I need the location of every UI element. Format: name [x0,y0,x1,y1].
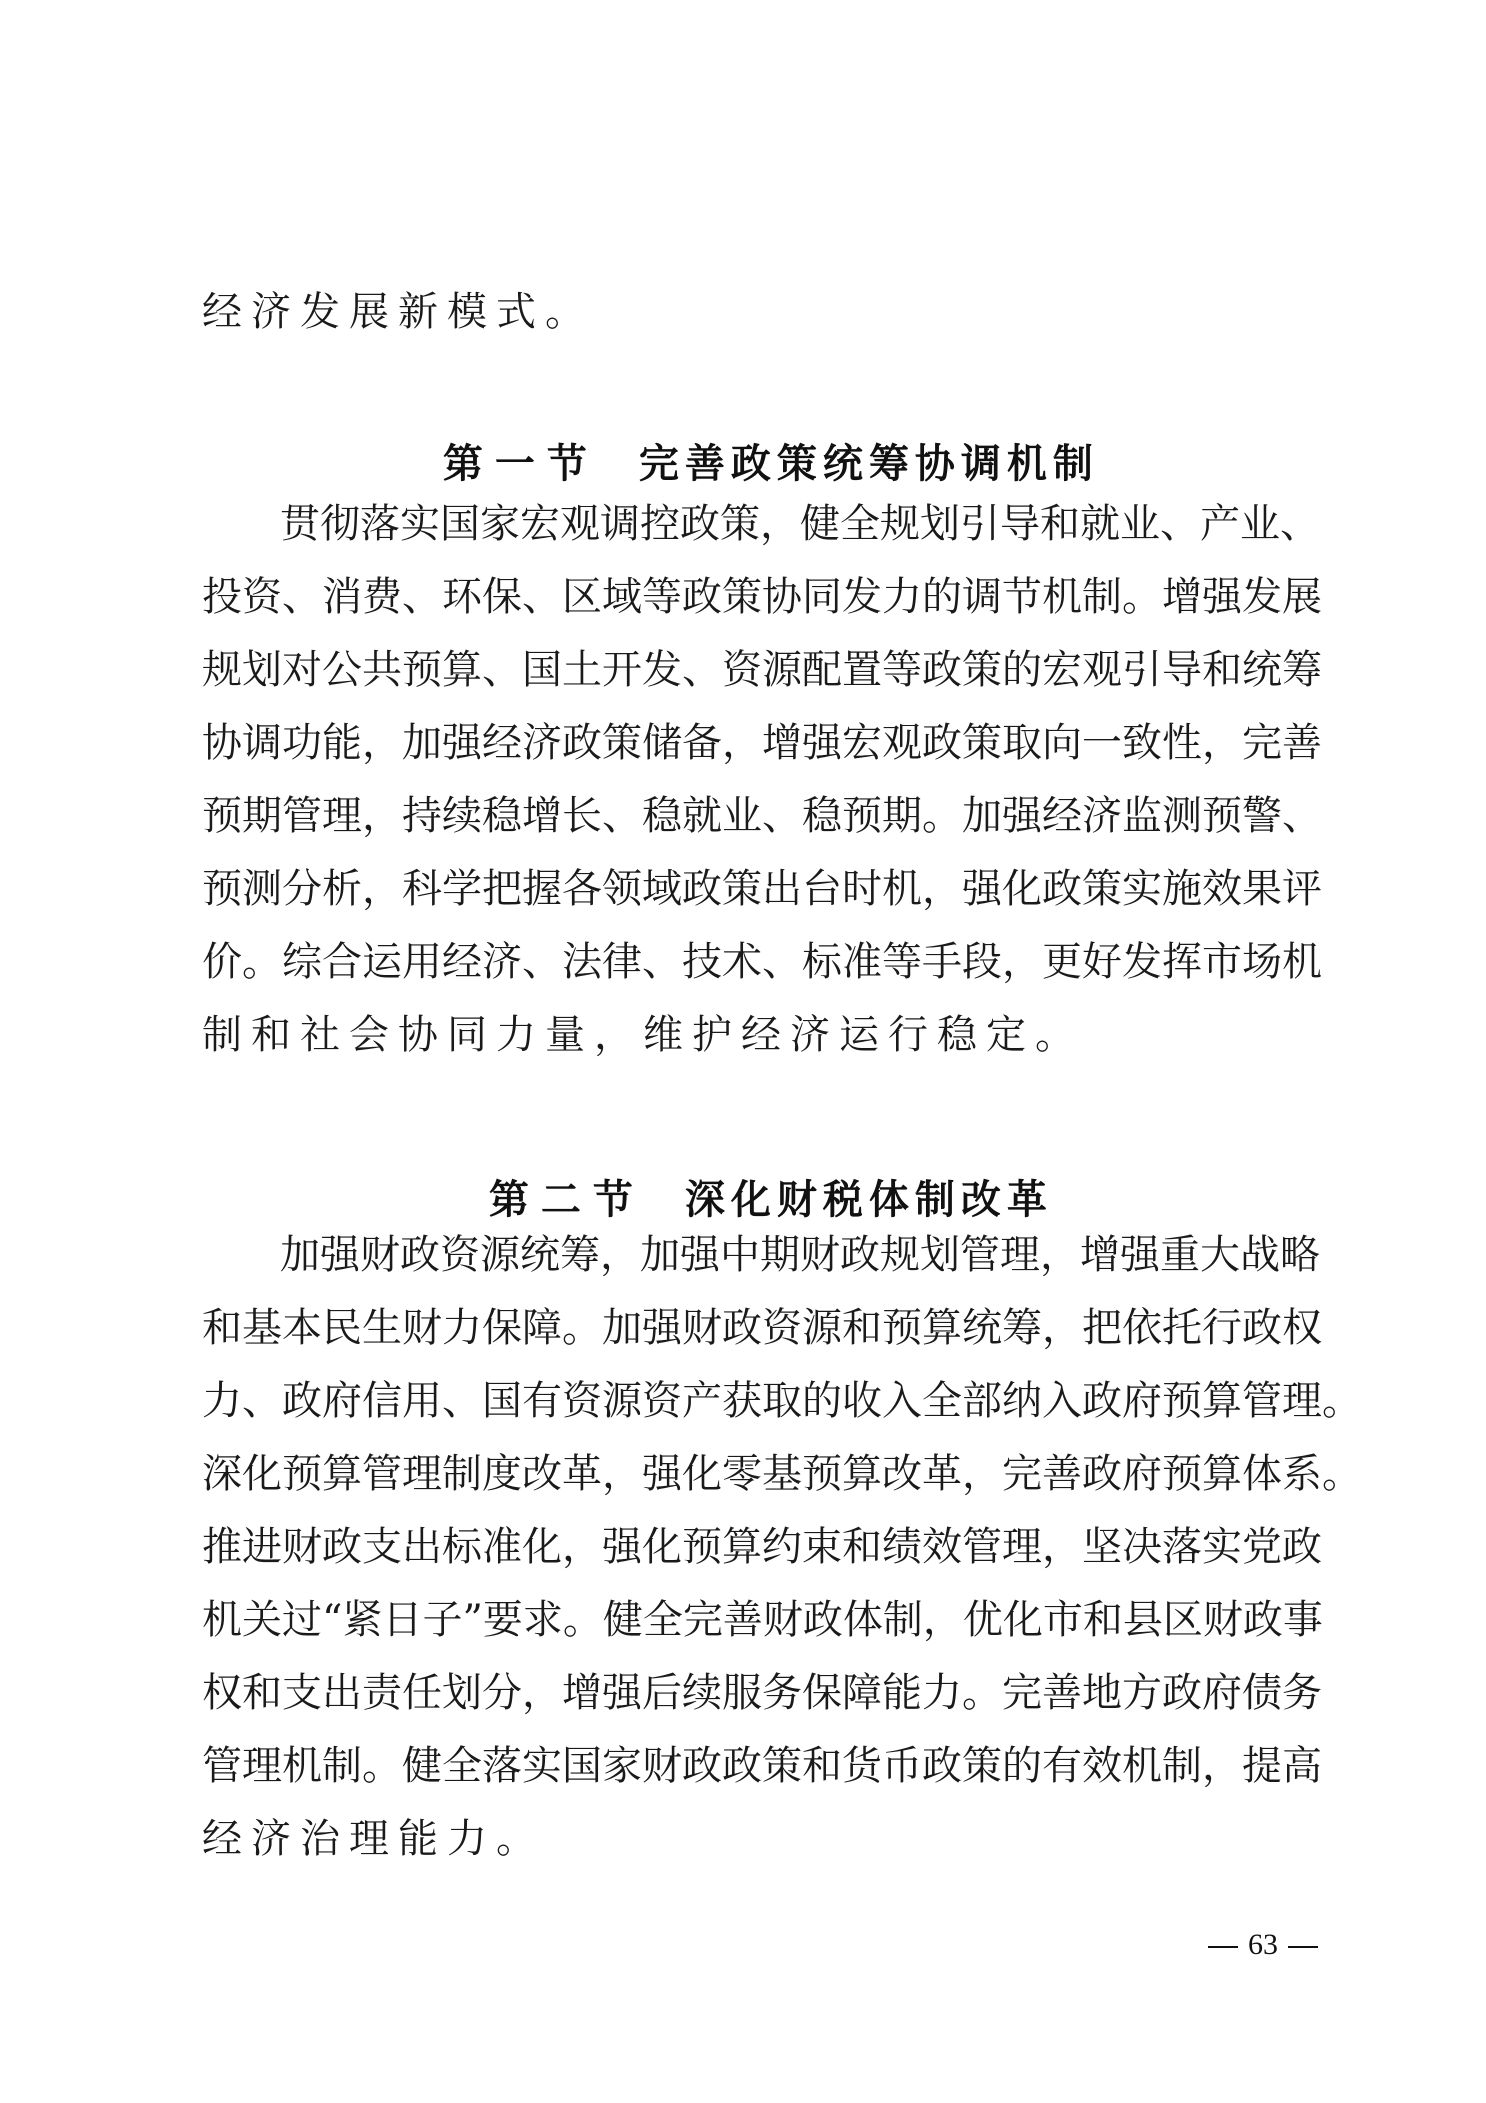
paragraph-line: 规划对公共预算、国土开发、资源配置等政策的宏观引导和统筹 [202,645,1306,695]
paragraph-line: 机关过“紧日子”要求。健全完善财政体制，优化市和县区财政事 [202,1595,1306,1645]
paragraph-line: 管理机制。健全落实国家财政政策和货币政策的有效机制，提高 [202,1741,1306,1791]
paragraph-line: 预期管理，持续稳增长、稳就业、稳预期。加强经济监测预警、 [202,791,1306,841]
section-number: 第二节 [489,1176,645,1223]
paragraph-line: 推进财政支出标准化，强化预算约束和绩效管理，坚决落实党政 [202,1522,1306,1572]
paragraph-line: 加强财政资源统筹，加强中期财政规划管理，增强重大战略 [280,1230,1306,1280]
dash-decoration [1208,1946,1238,1948]
section-number: 第一节 [443,440,599,487]
paragraph-line: 经济治理能力。 [202,1814,1306,1864]
paragraph-line: 协调功能，加强经济政策储备，增强宏观政策取向一致性，完善 [202,718,1306,768]
paragraph-line: 预测分析，科学把握各领域政策出台时机，强化政策实施效果评 [202,864,1306,914]
section-title: 完善政策统筹协调机制 [639,440,1099,487]
page-number: 63 [1168,1885,1318,1925]
paragraph-line: 投资、消费、环保、区域等政策协同发力的调节机制。增强发展 [202,572,1306,622]
paragraph-line: 力、政府信用、国有资源资产获取的收入全部纳入政府预算管理。 [202,1376,1306,1426]
paragraph-line: 权和支出责任划分，增强后续服务保障能力。完善地方政府债务 [202,1668,1306,1718]
paragraph-continuation-line: 经济发展新模式。 [202,287,1306,337]
paragraph-line: 深化预算管理制度改革，强化零基预算改革，完善政府预算体系。 [202,1449,1306,1499]
paragraph-line: 贯彻落实国家宏观调控政策，健全规划引导和就业、产业、 [280,499,1306,549]
document-page: 经济发展新模式。 第一节完善政策统筹协调机制 贯彻落实国家宏观调控政策，健全规划… [0,0,1486,2103]
paragraph-line: 和基本民生财力保障。加强财政资源和预算统筹，把依托行政权 [202,1303,1306,1353]
paragraph-line: 价。综合运用经济、法律、技术、标准等手段，更好发挥市场机 [202,937,1306,987]
section-title: 深化财税体制改革 [685,1176,1053,1223]
page-number-value: 63 [1248,1928,1278,1961]
paragraph-line: 制和社会协同力量，维护经济运行稳定。 [202,1010,1306,1060]
dash-decoration [1288,1946,1318,1948]
